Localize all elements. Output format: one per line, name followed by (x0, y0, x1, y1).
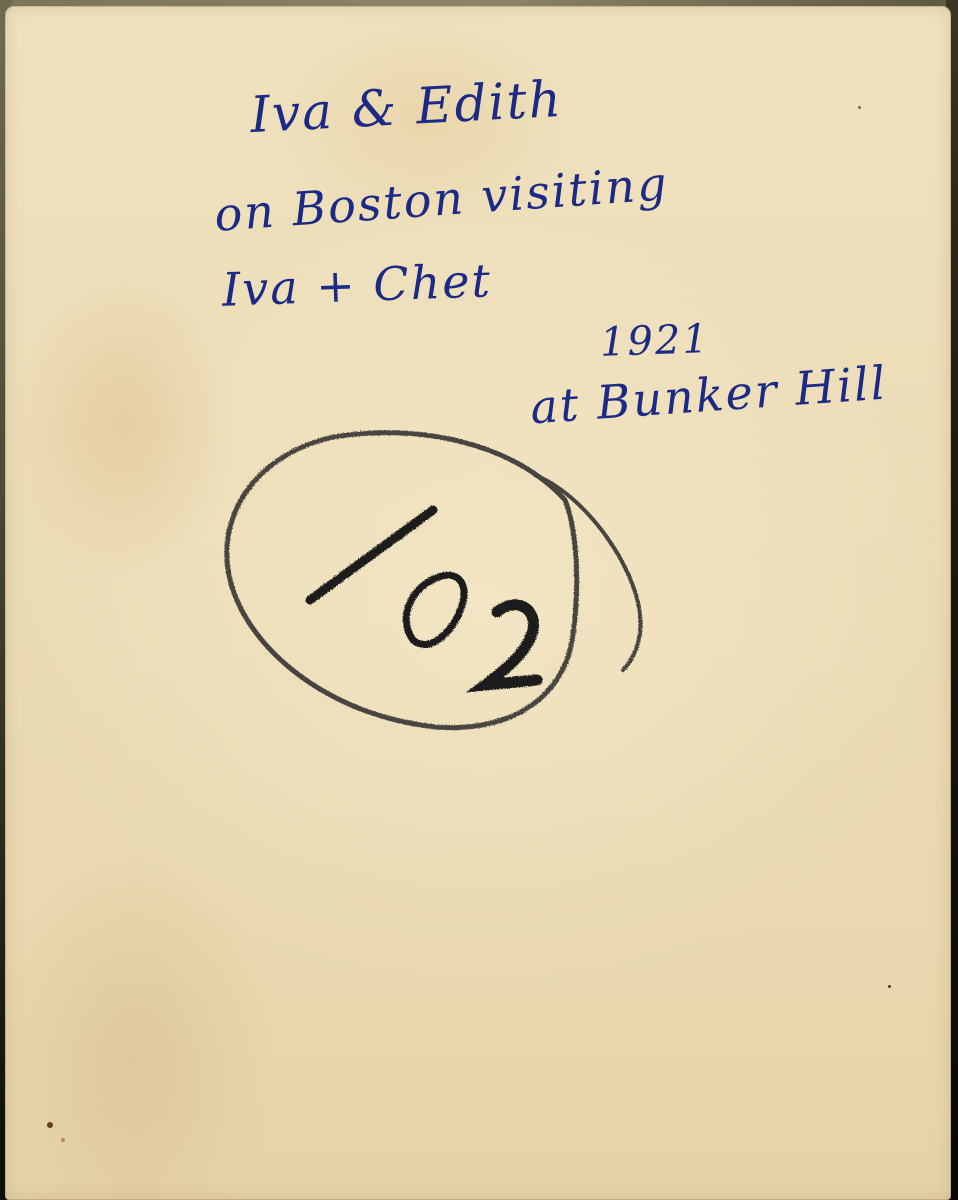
paper-speck (858, 106, 861, 109)
paper-speck (61, 1138, 65, 1142)
paper-speck (47, 1122, 53, 1128)
handwritten-line-hosts: Iva + Chet (221, 253, 493, 316)
paper-speck (888, 985, 891, 988)
handwritten-year: 1921 (599, 316, 710, 366)
